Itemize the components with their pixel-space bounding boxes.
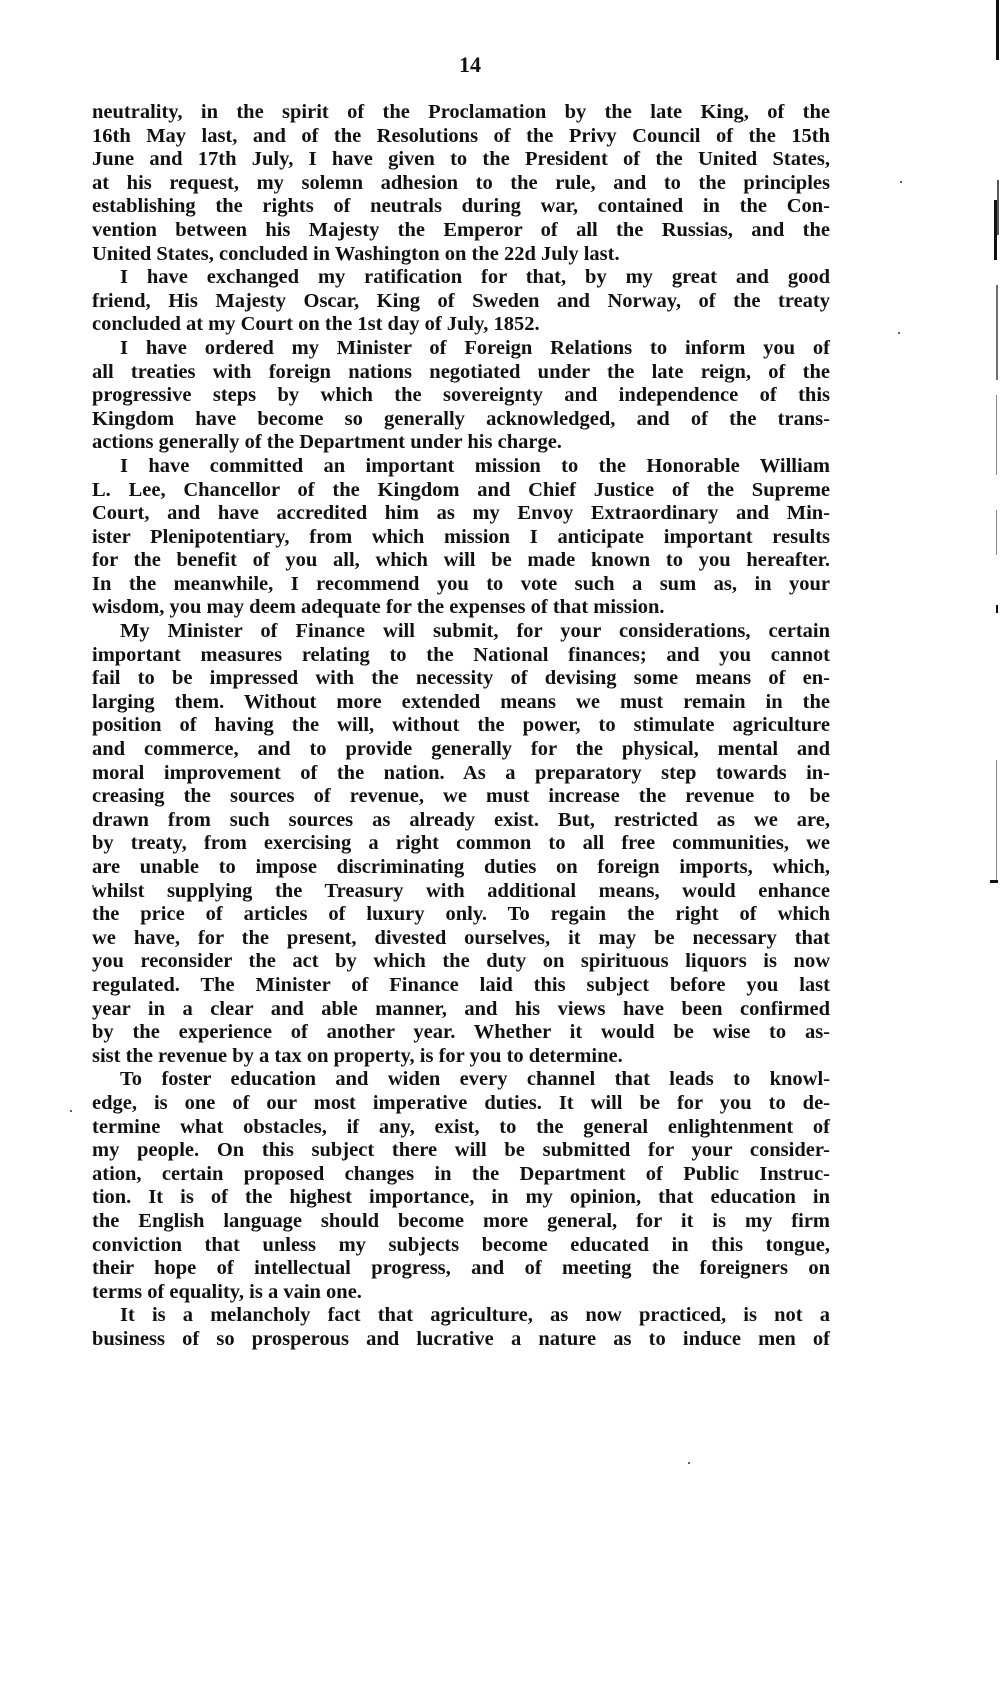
scan-speck: [898, 332, 900, 334]
document-page: 14 neutrality, in the spirit of the Proc…: [0, 0, 1000, 1687]
text-line: important measures relating to the Natio…: [92, 644, 830, 668]
text-line: my people. On this subject there will be…: [92, 1139, 830, 1163]
text-line: Court, and have accredited him as my Env…: [92, 502, 830, 526]
scan-edge-mark: [996, 605, 998, 613]
text-line: I have exchanged my ratification for tha…: [92, 266, 830, 290]
text-line: at his request, my solemn adhesion to th…: [92, 172, 830, 196]
text-line: position of having the will, without the…: [92, 714, 830, 738]
text-line: creasing the sources of revenue, we must…: [92, 785, 830, 809]
scan-edge-mark: [997, 180, 999, 235]
scan-speck: [92, 885, 94, 887]
scan-edge-mark: [990, 880, 998, 883]
text-line: 16th May last, and of the Resolutions of…: [92, 125, 830, 149]
text-line: vention between his Majesty the Emperor …: [92, 219, 830, 243]
text-line: and commerce, and to provide generally f…: [92, 738, 830, 762]
text-line: moral improvement of the nation. As a pr…: [92, 762, 830, 786]
text-line: are unable to impose discriminating duti…: [92, 856, 830, 880]
text-line: I have committed an important mission to…: [92, 455, 830, 479]
text-line: Kingdom have become so generally acknowl…: [92, 408, 830, 432]
text-line: In the meanwhile, I recommend you to vot…: [92, 573, 830, 597]
text-line: To foster education and widen every chan…: [92, 1068, 830, 1092]
scan-edge-mark: [994, 200, 997, 260]
text-line: termine what obstacles, if any, exist, t…: [92, 1116, 830, 1140]
text-line: ation, certain proposed changes in the D…: [92, 1163, 830, 1187]
text-line: L. Lee, Chancellor of the Kingdom and Ch…: [92, 479, 830, 503]
text-line: for the benefit of you all, which will b…: [92, 549, 830, 573]
text-line: It is a melancholy fact that agriculture…: [92, 1304, 830, 1328]
text-line: actions generally of the Department unde…: [92, 431, 830, 455]
scan-speck: [688, 1462, 690, 1464]
text-line: concluded at my Court on the 1st day of …: [92, 313, 830, 337]
text-line: regulated. The Minister of Finance laid …: [92, 974, 830, 998]
scan-edge-mark: [996, 510, 997, 555]
text-line: progressive steps by which the sovereign…: [92, 384, 830, 408]
page-number: 14: [0, 52, 940, 78]
text-line: edge, is one of our most imperative duti…: [92, 1092, 830, 1116]
text-line: friend, His Majesty Oscar, King of Swede…: [92, 290, 830, 314]
text-line: United States, concluded in Washington o…: [92, 243, 830, 267]
scan-edge-mark: [996, 0, 999, 60]
text-line: all treaties with foreign nations negoti…: [92, 361, 830, 385]
text-line: we have, for the present, divested ourse…: [92, 927, 830, 951]
text-line: by the experience of another year. Wheth…: [92, 1021, 830, 1045]
text-line: fail to be impressed with the necessity …: [92, 667, 830, 691]
text-line: terms of equality, is a vain one.: [92, 1281, 830, 1305]
text-line: business of so prosperous and lucrative …: [92, 1328, 830, 1352]
text-line: whilst supplying the Treasury with addit…: [92, 880, 830, 904]
text-line: tion. It is of the highest importance, i…: [92, 1186, 830, 1210]
text-line: the price of articles of luxury only. To…: [92, 903, 830, 927]
scan-speck: [900, 181, 902, 183]
scan-edge-mark: [996, 760, 997, 880]
text-line: drawn from such sources as already exist…: [92, 809, 830, 833]
text-line: I have ordered my Minister of Foreign Re…: [92, 337, 830, 361]
scan-edge-mark: [996, 285, 998, 380]
scan-speck: [70, 1110, 72, 1112]
body-text: neutrality, in the spirit of the Proclam…: [92, 101, 830, 1351]
text-line: neutrality, in the spirit of the Proclam…: [92, 101, 830, 125]
text-line: conviction that unless my subjects becom…: [92, 1234, 830, 1258]
text-line: you reconsider the act by which the duty…: [92, 950, 830, 974]
scan-edge-mark: [996, 395, 997, 475]
text-line: wisdom, you may deem adequate for the ex…: [92, 596, 830, 620]
text-line: establishing the rights of neutrals duri…: [92, 195, 830, 219]
text-line: My Minister of Finance will submit, for …: [92, 620, 830, 644]
text-line: June and 17th July, I have given to the …: [92, 148, 830, 172]
text-line: by treaty, from exercising a right commo…: [92, 832, 830, 856]
text-line: year in a clear and able manner, and his…: [92, 998, 830, 1022]
text-line: sist the revenue by a tax on property, i…: [92, 1045, 830, 1069]
text-line: their hope of intellectual progress, and…: [92, 1257, 830, 1281]
text-line: ister Plenipotentiary, from which missio…: [92, 526, 830, 550]
text-line: the English language should become more …: [92, 1210, 830, 1234]
text-line: larging them. Without more extended mean…: [92, 691, 830, 715]
